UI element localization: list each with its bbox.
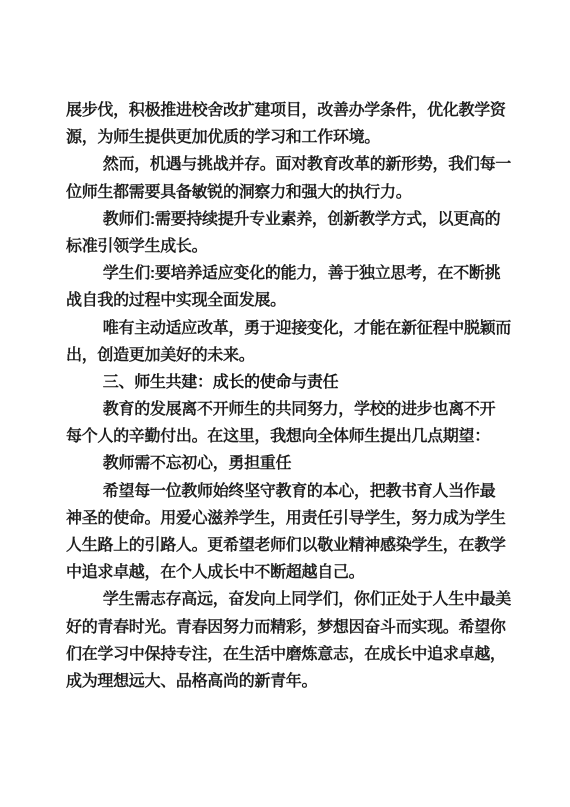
- text-line: 唯有主动适应改革，勇于迎接变化，才能在新征程中脱颖而: [66, 315, 514, 342]
- text-line: 人生路上的引路人。更希望老师们以敬业精神感染学生，在教学: [66, 532, 514, 559]
- text-line: 标准引领学生成长。: [66, 233, 514, 260]
- text-line: 神圣的使命。用爱心滋养学生，用责任引导学生，努力成为学生: [66, 505, 514, 532]
- text-line: 战自我的过程中实现全面发展。: [66, 287, 514, 314]
- text-line: 教育的发展离不开师生的共同努力，学校的进步也离不开: [66, 396, 514, 423]
- text-line: 学生们:要培养适应变化的能力，善于独立思考，在不断挑: [66, 260, 514, 287]
- text-line: 学生需志存高远，奋发向上同学们，你们正处于人生中最美: [66, 586, 514, 613]
- text-line: 们在学习中保持专注，在生活中磨炼意志，在成长中追求卓越，: [66, 641, 514, 668]
- text-line: 展步伐，积极推进校舍改扩建项目，改善办学条件，优化教学资: [66, 97, 514, 124]
- text-line: 中追求卓越，在个人成长中不断超越自己。: [66, 559, 514, 586]
- document-page: 展步伐，积极推进校舍改扩建项目，改善办学条件，优化教学资源，为师生提供更加优质的…: [0, 0, 570, 807]
- text-line: 教师们:需要持续提升专业素养，创新教学方式，以更高的: [66, 206, 514, 233]
- text-block: 展步伐，积极推进校舍改扩建项目，改善办学条件，优化教学资源，为师生提供更加优质的…: [66, 97, 514, 695]
- text-line: 然而，机遇与挑战并存。面对教育改革的新形势，我们每一: [66, 151, 514, 178]
- text-line: 成为理想远大、品格高尚的新青年。: [66, 668, 514, 695]
- text-line: 好的青春时光。青春因努力而精彩，梦想因奋斗而实现。希望你: [66, 614, 514, 641]
- text-line: 源，为师生提供更加优质的学习和工作环境。: [66, 124, 514, 151]
- text-line: 位师生都需要具备敏锐的洞察力和强大的执行力。: [66, 179, 514, 206]
- section-heading: 三、师生共建：成长的使命与责任: [66, 369, 514, 396]
- text-line: 希望每一位教师始终坚守教育的本心，把教书育人当作最: [66, 478, 514, 505]
- subsection-heading: 教师需不忘初心，勇担重任: [66, 450, 514, 477]
- text-line: 每个人的辛勤付出。在这里，我想向全体师生提出几点期望：: [66, 423, 514, 450]
- text-line: 出，创造更加美好的未来。: [66, 342, 514, 369]
